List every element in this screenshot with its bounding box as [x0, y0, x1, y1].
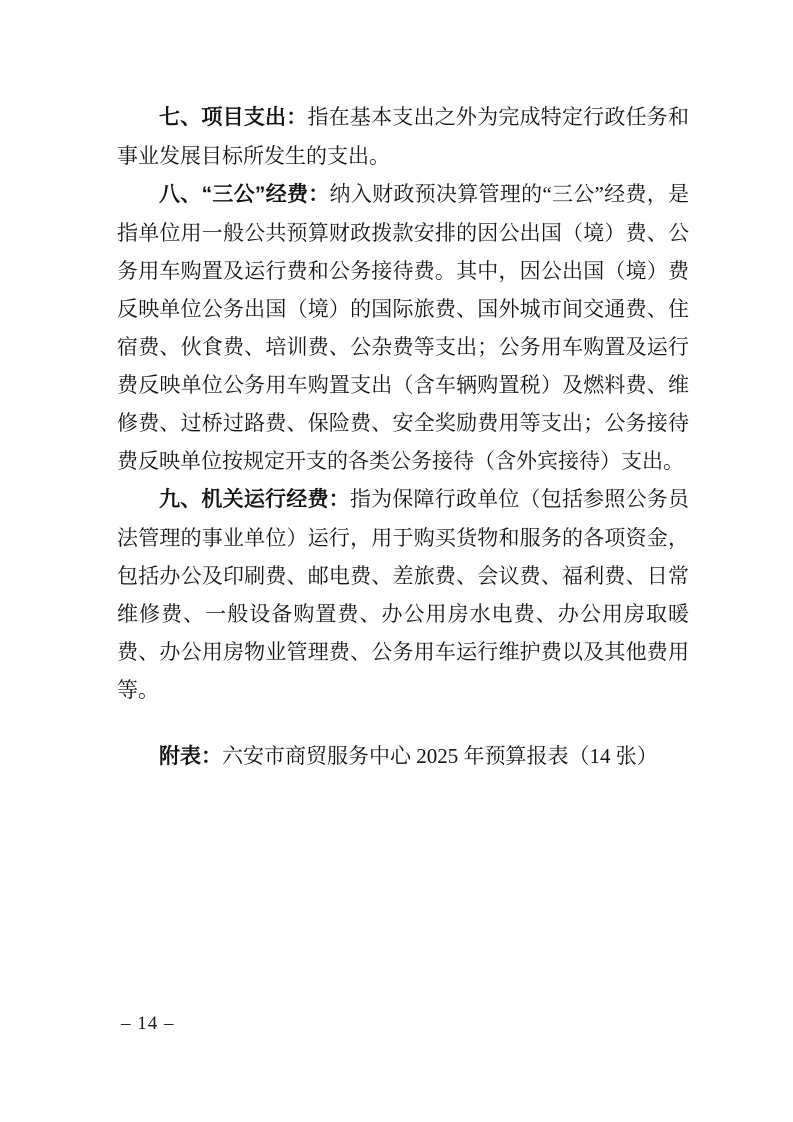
attachment-label: 附表：: [159, 745, 222, 768]
attachment-note: 附表：六安市商贸服务中心 2025 年预算报表（14 张）: [117, 737, 689, 776]
paragraph-text: 指为保障行政单位（包括参照公务员法管理的事业单位）运行，用于购买货物和服务的各项…: [117, 487, 689, 702]
paragraph-three-public-funds: 八、“三公”经费：纳入财政预决算管理的“三公”经费，是指单位用一般公共预算财政拨…: [117, 175, 689, 480]
paragraph-label: 八、“三公”经费：: [159, 183, 330, 206]
paragraph-label: 七、项目支出：: [159, 106, 307, 129]
document-page: 七、项目支出：指在基本支出之外为完成特定行政任务和事业发展目标所发生的支出。 八…: [0, 0, 793, 1122]
document-body: 七、项目支出：指在基本支出之外为完成特定行政任务和事业发展目标所发生的支出。 八…: [117, 98, 689, 776]
paragraph-text: 纳入财政预决算管理的“三公”经费，是指单位用一般公共预算财政拨款安排的因公出国（…: [117, 182, 689, 473]
paragraph-agency-operating-funds: 九、机关运行经费：指为保障行政单位（包括参照公务员法管理的事业单位）运行，用于购…: [117, 480, 689, 709]
page-number: – 14 –: [121, 1013, 175, 1035]
paragraph-label: 九、机关运行经费：: [159, 488, 350, 511]
paragraph-project-expenditure: 七、项目支出：指在基本支出之外为完成特定行政任务和事业发展目标所发生的支出。: [117, 98, 689, 175]
attachment-text: 六安市商贸服务中心 2025 年预算报表（14 张）: [222, 744, 658, 768]
